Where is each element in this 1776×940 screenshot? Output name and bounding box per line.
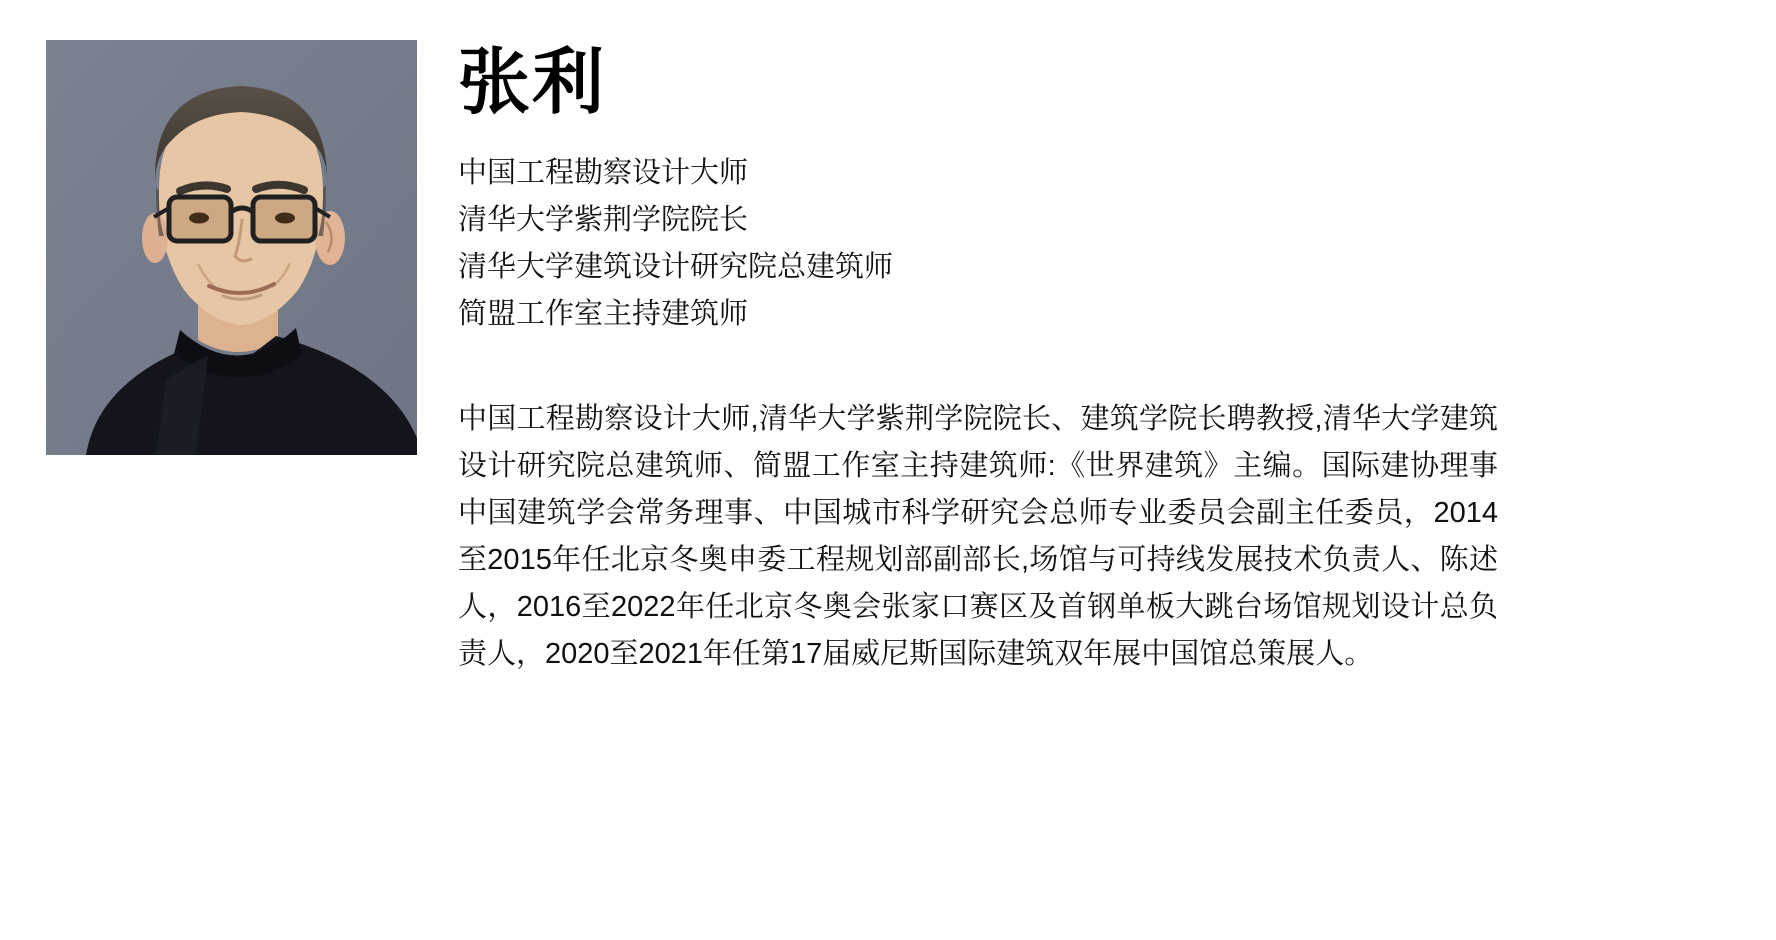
portrait-illustration [46, 40, 417, 455]
title-line-2: 清华大学紫荆学院院长 [458, 197, 893, 244]
right-ear [315, 211, 345, 265]
title-line-4: 简盟工作室主持建筑师 [458, 291, 893, 338]
title-line-1: 中国工程勘察设计大师 [458, 150, 893, 197]
title-list: 中国工程勘察设计大师 清华大学紫荆学院院长 清华大学建筑设计研究院总建筑师 简盟… [458, 150, 893, 338]
biography-paragraph: 中国工程勘察设计大师,清华大学紫荆学院院长、建筑学院长聘教授,清华大学建筑设计研… [458, 396, 1498, 678]
left-ear [142, 213, 168, 263]
title-line-3: 清华大学建筑设计研究院总建筑师 [458, 244, 893, 291]
profile-page: 张利 中国工程勘察设计大师 清华大学紫荆学院院长 清华大学建筑设计研究院总建筑师… [0, 0, 1776, 940]
person-name: 张利 [458, 46, 606, 122]
profile-photo [46, 40, 417, 455]
